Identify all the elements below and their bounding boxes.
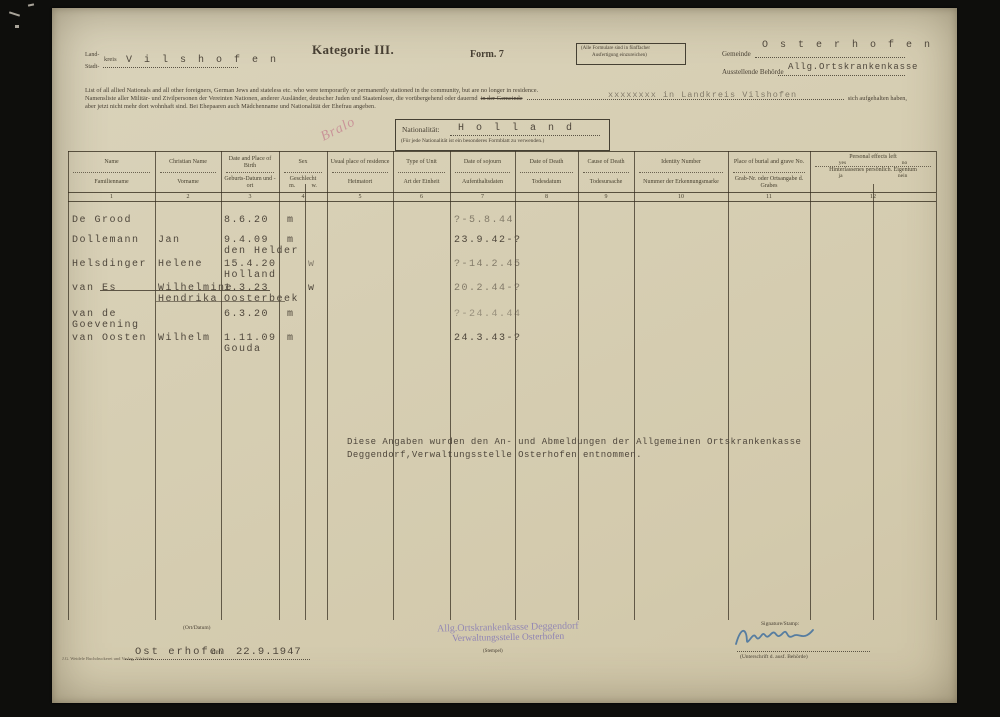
col-header-de: Heimatort: [328, 173, 392, 192]
col-number: 10: [634, 194, 728, 200]
cell-name-line2: Goevening: [72, 320, 140, 331]
sex-de-label: Geschlecht: [290, 176, 317, 183]
kreis-fill-line: [103, 66, 238, 68]
col-header-en: Place of burial and grave No.: [729, 152, 809, 172]
cell-birth-place: Holland: [224, 270, 277, 281]
table-row: van Es Wilhelmine Hendrika 1.3.23 Ooster…: [0, 283, 1000, 305]
row-underline: [156, 301, 285, 302]
signature-sublabel: (Unterschrift d. ausf. Behörde): [740, 654, 808, 660]
gemeinde-value: O s t e r h o f e n: [762, 40, 933, 51]
col-header-en: Date and Place of Birth: [222, 152, 278, 172]
signature-fill-line: [737, 650, 870, 652]
col-header-en: Date of Death: [516, 152, 577, 172]
col-number: 4: [279, 194, 327, 200]
nationality-label: Nationalität:: [402, 125, 440, 134]
form-paper: [52, 8, 957, 703]
col-header-en: Name: [69, 152, 154, 172]
cell-name: van de: [72, 309, 117, 320]
cell-name: Helsdinger: [72, 259, 147, 270]
gemeinde-label: Gemeinde: [722, 50, 751, 58]
cell-sex: m: [287, 333, 295, 344]
form-note-line2: Ausfertigung einzureichen): [592, 53, 647, 58]
col-header-unit: Type of Unit Art der Einheit: [394, 152, 449, 192]
behoerde-fill-line: [778, 74, 905, 76]
col-header-burial: Place of burial and grave No. Grab-Nr. o…: [729, 152, 809, 192]
handwritten-signature: [733, 624, 818, 650]
cell-sex: m: [287, 309, 295, 320]
sex-male-label: m.: [289, 183, 295, 190]
cell-name: Dollemann: [72, 235, 140, 246]
effects-nein-label: nein: [898, 174, 907, 180]
table-row: van Oosten Wilhelm 1.11.09 Gouda m 24.3.…: [0, 333, 1000, 355]
col-header-effects: Personal effects left yes no Hinterlasse…: [811, 152, 935, 192]
col-header-death-cause: Cause of Death Todesursache: [579, 152, 633, 192]
col-number: 1: [68, 194, 155, 200]
stempel-label: (Stempel): [483, 649, 503, 654]
printer-imprint: J.G. Weidele Buchdruckerei und Verlag, V…: [62, 656, 153, 661]
col-header-identity: Identity Number Nummer der Erkennungsmar…: [635, 152, 727, 192]
kreis-value: V i l s h o f e n: [126, 55, 279, 66]
col-header-sex: Sex Geschlecht m. w.: [280, 152, 326, 192]
scan-speck: [28, 3, 34, 6]
cell-birth-place: den Helder: [224, 246, 299, 257]
cell-sex: w: [308, 283, 316, 294]
col-header-de: Todesursache: [579, 173, 633, 192]
col-header-death-date: Date of Death Todesdatum: [516, 152, 577, 192]
scan-speck: [15, 25, 19, 28]
cell-name: van Es: [72, 283, 117, 294]
col-header-en: Date of sojourn: [451, 152, 514, 172]
table-row: De Grood 8.6.20 m ?-5.8.44: [0, 215, 1000, 237]
intro-german-line2: aber jetzt nicht mehr dort wohnhaft sind…: [85, 103, 376, 110]
kategorie-title: Kategorie III.: [312, 42, 394, 58]
col-number: 9: [578, 194, 634, 200]
cell-birth-date: 9.4.09: [224, 235, 269, 246]
intro-german-text: Namensliste aller Militär- und Zivilpers…: [85, 95, 478, 102]
cell-sojourn: ?-5.8.44: [454, 215, 514, 226]
col-header-name: Name Familienname: [69, 152, 154, 192]
col-header-de: Geschlecht m. w.: [280, 173, 326, 192]
col-header-de: Vorname: [156, 173, 220, 192]
cell-birth-place: Oosterbeek: [224, 294, 299, 305]
cell-name: De Grood: [72, 215, 132, 226]
col-header-en: Cause of Death: [579, 152, 633, 172]
col-number: 2: [155, 194, 221, 200]
col-header-en: Personal effects left: [811, 152, 935, 161]
kreis-label: kreis: [104, 56, 117, 63]
cell-first-name-line2: Hendrika: [158, 294, 218, 305]
col-header-de: Grab-Nr. oder Ortsangabe d. Grabes: [729, 173, 809, 192]
col-header-residence: Usual place of residence Heimatort: [328, 152, 392, 192]
cell-sex: m: [287, 215, 295, 226]
col-header-de: Geburts-Datum und -ort: [222, 173, 278, 192]
col-header-en: Sex: [280, 152, 326, 172]
intro-german-cont: sich aufgehalten haben,: [848, 95, 907, 102]
cell-sojourn: 24.3.43-?: [454, 333, 522, 344]
table-row: van de Goevening 6.3.20 m ?-24.4.44: [0, 309, 1000, 331]
intro-english: List of all allied Nationals and all oth…: [85, 87, 538, 94]
source-note-line2: Deggendorf,Verwaltungsstelle Osterhofen …: [347, 450, 642, 460]
office-stamp: Allg.Ortskrankenkasse Deggendorf Verwalt…: [408, 620, 608, 645]
col-number: 8: [515, 194, 578, 200]
col-number: 3: [221, 194, 279, 200]
behoerde-label: Ausstellende Behörde: [722, 68, 784, 76]
form-note-line1: (Alle Formulare sind in fünffacher: [581, 46, 650, 51]
effects-ja-nein-row: ja nein: [811, 174, 935, 180]
cell-sojourn: ?-24.4.44: [454, 309, 522, 320]
table-header-bottom-line: [68, 201, 936, 202]
cell-first-name: Wilhelm: [158, 333, 211, 344]
scanned-document: Land- Stadt- kreis V i l s h o f e n Kat…: [0, 0, 1000, 717]
effects-ja-label: ja: [839, 174, 843, 180]
cell-birth-date: 15.4.20: [224, 259, 277, 270]
cell-birth-date: 1.11.09: [224, 333, 277, 344]
cell-first-name: Helene: [158, 259, 203, 270]
cell-sex: w: [308, 259, 316, 270]
col-header-de: Todesdatum: [516, 173, 577, 192]
col-header-de: Aufenthaltsdaten: [451, 173, 514, 192]
col-number: 11: [728, 194, 810, 200]
nationality-value: H o l l a n d: [458, 123, 575, 134]
cell-sojourn: 23.9.42-?: [454, 235, 522, 246]
cell-birth-place: Gouda: [224, 344, 262, 355]
cell-sojourn: ?-14.2.45: [454, 259, 522, 270]
col-header-de: Hinterlassenes persönlich. Eigentum: [811, 167, 935, 174]
col-number: 7: [450, 194, 515, 200]
ort-datum-label: (Ort/Datum): [183, 625, 211, 631]
col-number: 5: [327, 194, 393, 200]
source-note-line1: Diese Angaben wurden den An- und Abmeldu…: [347, 437, 801, 447]
date-typed: 22.9.1947: [236, 646, 302, 658]
table-row: Helsdinger Helene 15.4.20 Holland w ?-14…: [0, 259, 1000, 281]
gemeinde-fill-line: [755, 56, 905, 58]
cell-sex: m: [287, 235, 295, 246]
land-label: Land-: [85, 52, 99, 58]
sex-female-label: w.: [311, 183, 316, 190]
col-header-de: Nummer der Erkennungsmarke: [635, 173, 727, 192]
col-number: 12: [810, 194, 936, 200]
typed-insert-landkreis: xxxxxxxx in Landkreis Vilshofen: [608, 90, 797, 100]
col-number: 6: [393, 194, 450, 200]
scan-speck: [9, 11, 20, 16]
col-header-en: Type of Unit: [394, 152, 449, 172]
nationality-fill-line: [450, 134, 600, 136]
stadt-label: Stadt-: [85, 64, 99, 70]
cell-birth-date: 6.3.20: [224, 309, 269, 320]
nationality-note: (Für jede Nationalität ist ein besondere…: [401, 138, 544, 144]
table-number-row-line: [68, 192, 936, 193]
col-header-en: Christian Name: [156, 152, 220, 172]
cell-birth-date: 8.6.20: [224, 215, 269, 226]
col-header-birth: Date and Place of Birth Geburts-Datum un…: [222, 152, 278, 192]
cell-name: van Oosten: [72, 333, 147, 344]
den-label: den: [212, 648, 222, 656]
col-header-de: Art der Einheit: [394, 173, 449, 192]
col-header-en: Usual place of residence: [328, 152, 392, 172]
form-number: Form. 7: [470, 49, 504, 60]
table-row: Dollemann Jan 9.4.09 den Helder m 23.9.4…: [0, 235, 1000, 257]
cell-first-name: Wilhelmine: [158, 283, 233, 294]
col-header-en: Identity Number: [635, 152, 727, 172]
behoerde-value: Allg.Ortskrankenkasse: [788, 62, 918, 72]
cell-birth-date: 1.3.23: [224, 283, 269, 294]
intro-german-struck: in der Gemeinde: [481, 95, 523, 102]
col-header-christian-name: Christian Name Vorname: [156, 152, 220, 192]
cell-first-name: Jan: [158, 235, 181, 246]
col-header-sojourn: Date of sojourn Aufenthaltsdaten: [451, 152, 514, 192]
row-strikethrough-line: [100, 290, 270, 291]
cell-sojourn: 20.2.44-?: [454, 283, 522, 294]
col-header-de: Familienname: [69, 173, 154, 192]
